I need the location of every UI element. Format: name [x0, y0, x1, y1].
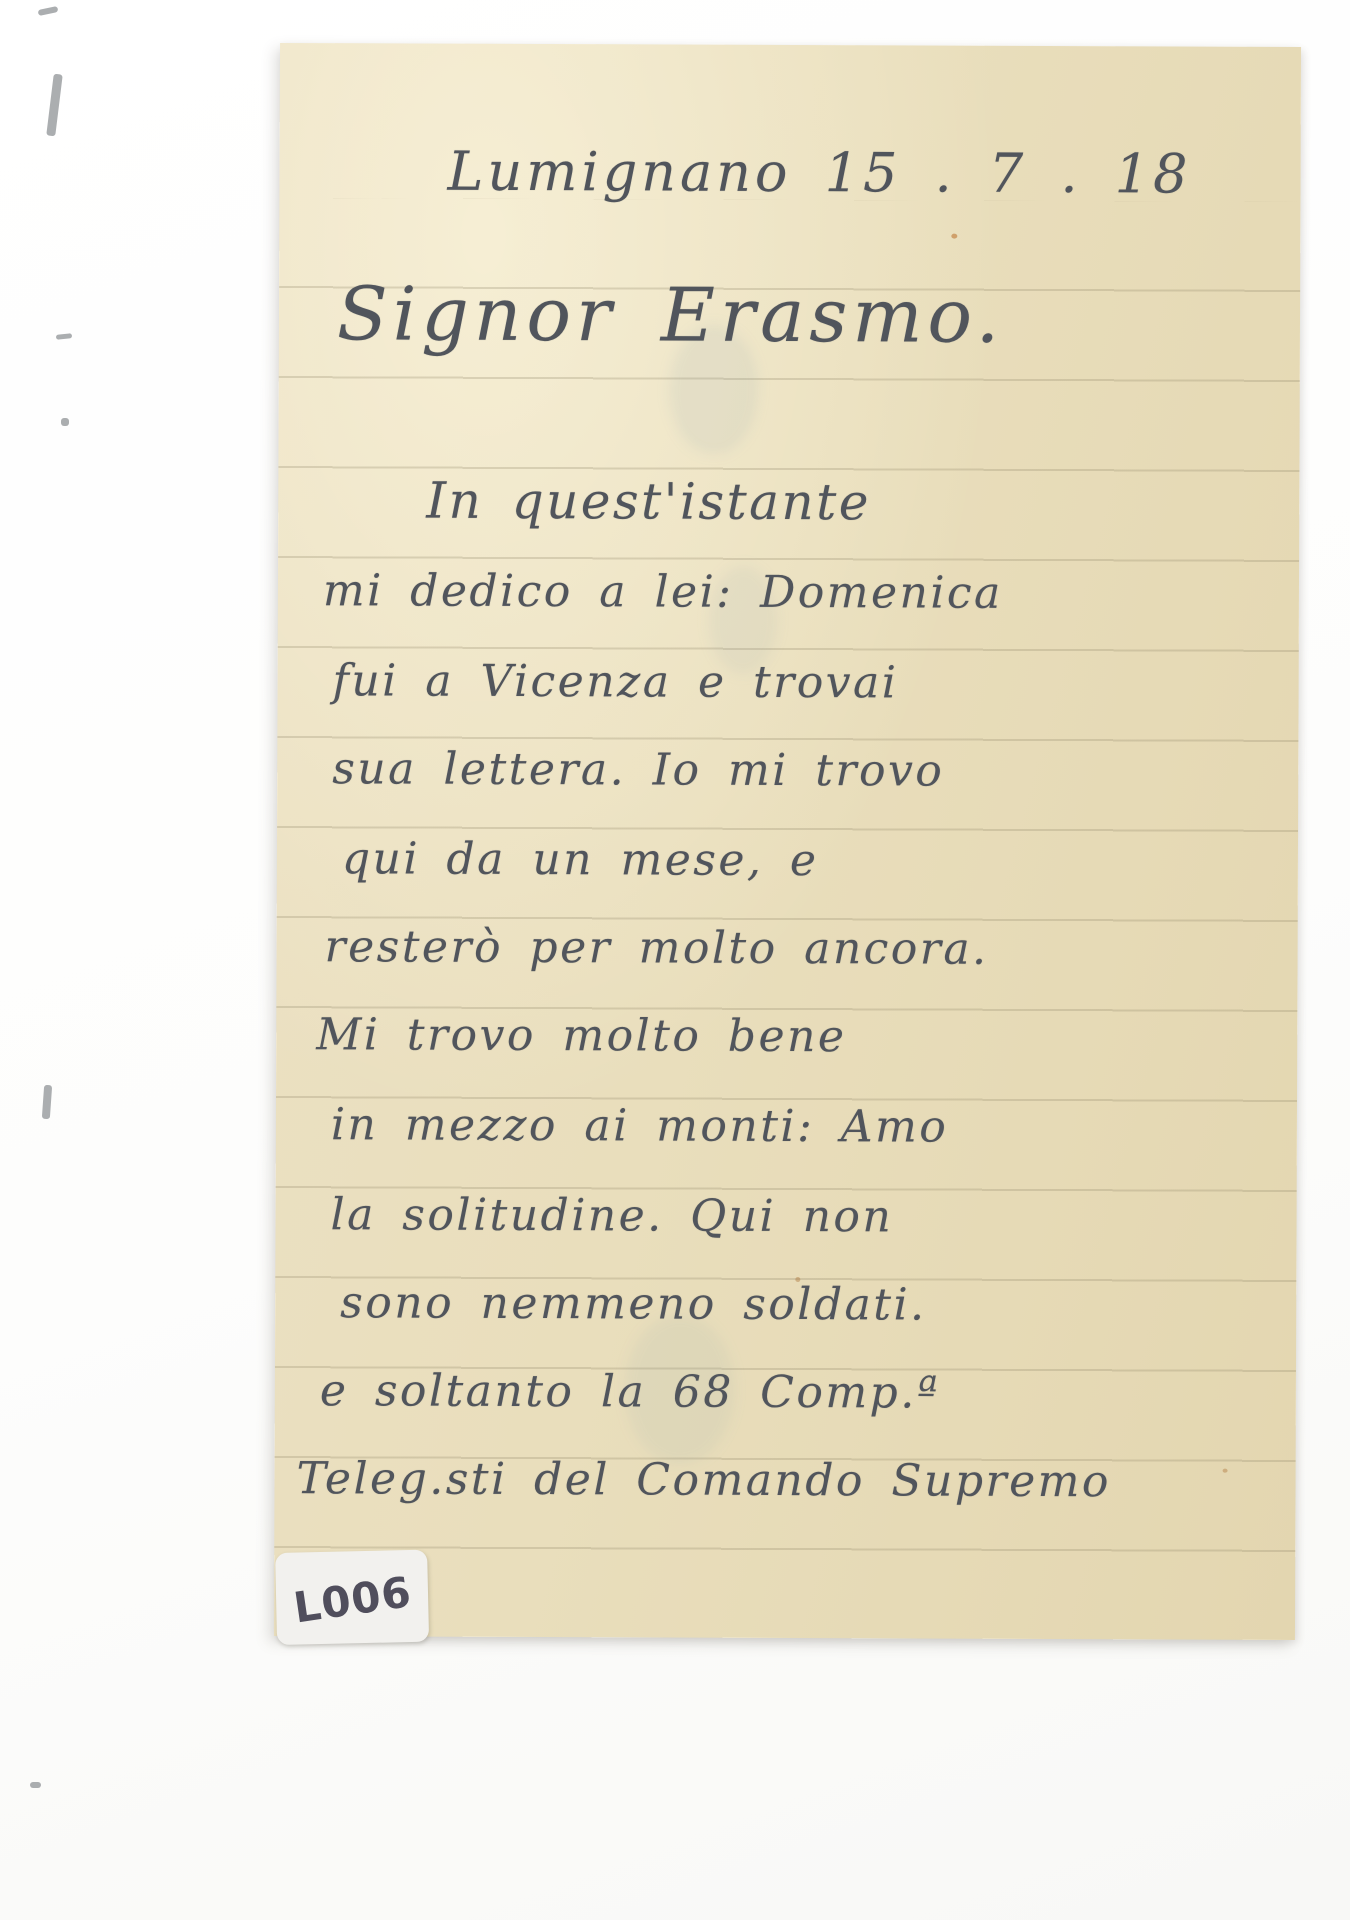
- scanner-artifact: [38, 6, 59, 16]
- scanner-artifact: [56, 333, 72, 340]
- handwriting-line: in mezzo ai monti: Amo: [331, 1099, 949, 1152]
- handwriting-line: Teleg.sti del Comando Supremo: [296, 1453, 1111, 1507]
- handwriting-line: e soltanto la 68 Comp.ª: [320, 1365, 940, 1418]
- handwriting-line: In quest'istante: [426, 472, 871, 532]
- handwriting-line: sono nemmeno soldati.: [340, 1277, 927, 1330]
- archive-label-sticker: L006: [275, 1550, 429, 1645]
- handwriting-line: sua lettera. Io mi trovo: [332, 743, 944, 796]
- letter-place-date: Lumignano 15 . 7 . 18: [447, 140, 1191, 206]
- handwriting-line: mi dedico a lei: Domenica: [323, 565, 1003, 619]
- foxing-speck: [1223, 1469, 1228, 1473]
- handwriting-line: resterò per molto ancora.: [324, 921, 988, 975]
- archive-label-text: L006: [290, 1567, 414, 1633]
- handwriting-line: la solitudine. Qui non: [330, 1189, 893, 1242]
- scanner-artifact: [30, 1782, 41, 1788]
- scanner-artifact: [42, 1085, 52, 1119]
- handwriting-line: qui da un mese, e: [342, 833, 819, 886]
- letter-page: Lumignano 15 . 7 . 18 Signor Erasmo. In …: [274, 43, 1301, 1640]
- foxing-speck: [951, 234, 957, 239]
- scanner-artifact: [46, 74, 62, 137]
- letter-salutation: Signor Erasmo.: [337, 271, 1005, 360]
- scanner-artifact: [61, 418, 69, 426]
- handwriting-line: fui a Vicenza e trovai: [333, 655, 899, 708]
- scan-background: Lumignano 15 . 7 . 18 Signor Erasmo. In …: [0, 0, 1350, 1920]
- handwriting-line: Mi trovo molto bene: [316, 1009, 846, 1062]
